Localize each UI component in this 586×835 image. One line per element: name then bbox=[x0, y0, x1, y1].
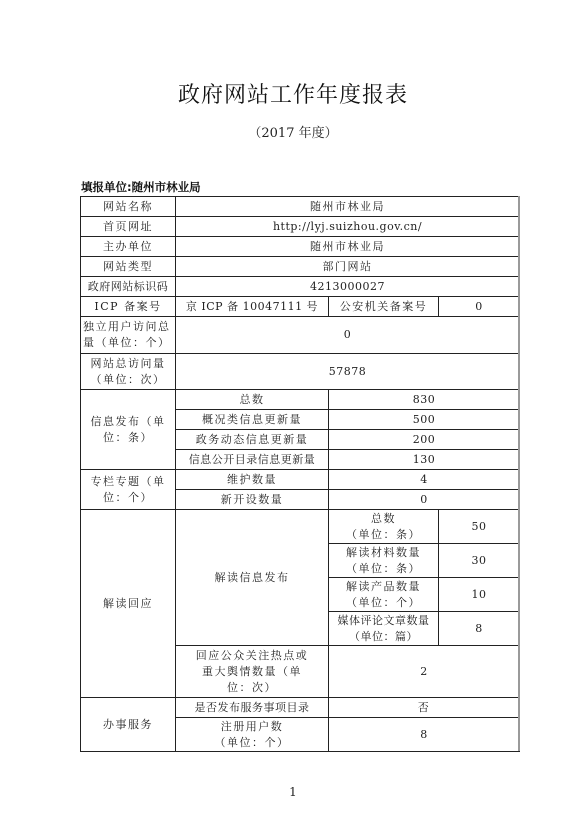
interp-row-unit: （单位：篇） bbox=[349, 630, 418, 643]
columns-label: 专栏专题（单位：个） bbox=[81, 470, 176, 510]
services-label: 办事服务 bbox=[81, 698, 176, 752]
services-row-value: 否 bbox=[329, 698, 520, 718]
homepage-url-label: 首页网址 bbox=[81, 217, 176, 237]
response-label: 回应公众关注热点或重大舆情数量（单位：次） bbox=[176, 646, 329, 698]
columns-row-label: 维护数量 bbox=[176, 470, 329, 490]
table-row: ICP 备案号 京 ICP 备 10047111 号 公安机关备案号 0 bbox=[81, 297, 520, 317]
interp-row-value: 10 bbox=[439, 578, 520, 612]
site-name-value: 随州市林业局 bbox=[176, 197, 520, 217]
services-row-value: 8 bbox=[329, 718, 520, 752]
interp-row-value: 50 bbox=[439, 510, 520, 544]
table-row: 独立用户访问总量（单位：个） 0 bbox=[81, 317, 520, 354]
info-row-value: 500 bbox=[329, 410, 520, 430]
total-visits-value: 57878 bbox=[176, 354, 520, 390]
interp-row-value: 8 bbox=[439, 612, 520, 646]
interp-row-title: 解读产品数量 bbox=[346, 580, 421, 593]
unique-visitors-value: 0 bbox=[176, 317, 520, 354]
interpretation-label: 解读回应 bbox=[81, 510, 176, 698]
table-row: 首页网址 http://lyj.suizhou.gov.cn/ bbox=[81, 217, 520, 237]
homepage-url-value: http://lyj.suizhou.gov.cn/ bbox=[176, 217, 520, 237]
services-row-label: 是否发布服务事项目录 bbox=[176, 698, 329, 718]
info-row-label: 概况类信息更新量 bbox=[176, 410, 329, 430]
services-row-title: 注册用户数 bbox=[221, 720, 284, 733]
table-row: 网站类型 部门网站 bbox=[81, 257, 520, 277]
table-row: 专栏专题（单位：个） 维护数量 4 bbox=[81, 470, 520, 490]
table-row: 网站名称 随州市林业局 bbox=[81, 197, 520, 217]
page-number: 1 bbox=[0, 785, 586, 799]
filing-unit: 填报单位:随州市林业局 bbox=[81, 179, 201, 195]
services-row-unit: （单位：个） bbox=[215, 736, 290, 749]
police-record-value: 0 bbox=[439, 297, 520, 317]
interp-row-label: 解读产品数量（单位：个） bbox=[329, 578, 439, 612]
response-value: 2 bbox=[329, 646, 520, 698]
site-id-value: 4213000027 bbox=[176, 277, 520, 297]
interp-row-unit: （单位：条） bbox=[346, 528, 421, 541]
info-row-label: 政务动态信息更新量 bbox=[176, 430, 329, 450]
info-row-value: 830 bbox=[329, 390, 520, 410]
info-row-value: 130 bbox=[329, 450, 520, 470]
sponsor-value: 随州市林业局 bbox=[176, 237, 520, 257]
interp-row-title: 总数 bbox=[371, 512, 396, 525]
unique-visitors-label: 独立用户访问总量（单位：个） bbox=[81, 317, 176, 354]
services-row-label: 注册用户数（单位：个） bbox=[176, 718, 329, 752]
site-name-label: 网站名称 bbox=[81, 197, 176, 217]
interp-row-title: 媒体评论文章数量 bbox=[338, 614, 430, 627]
total-visits-label: 网站总访问量（单位：次） bbox=[81, 354, 176, 390]
interp-row-unit: （单位：个） bbox=[346, 596, 421, 609]
columns-row-value: 4 bbox=[329, 470, 520, 490]
info-row-label: 总数 bbox=[176, 390, 329, 410]
columns-row-label: 新开设数量 bbox=[176, 490, 329, 510]
page-title: 政府网站工作年度报表 bbox=[0, 78, 586, 109]
table-row: 办事服务 是否发布服务事项目录 否 bbox=[81, 698, 520, 718]
site-type-label: 网站类型 bbox=[81, 257, 176, 277]
icp-label: ICP 备案号 bbox=[81, 297, 176, 317]
table-row: 政府网站标识码 4213000027 bbox=[81, 277, 520, 297]
table-row: 网站总访问量（单位：次） 57878 bbox=[81, 354, 520, 390]
report-table: 网站名称 随州市林业局 首页网址 http://lyj.suizhou.gov.… bbox=[80, 196, 520, 752]
icp-value: 京 ICP 备 10047111 号 bbox=[176, 297, 329, 317]
columns-row-value: 0 bbox=[329, 490, 520, 510]
info-publish-label: 信息发布（单位：条） bbox=[81, 390, 176, 470]
interp-row-label: 总数（单位：条） bbox=[329, 510, 439, 544]
report-year: （2017 年度） bbox=[0, 122, 586, 141]
site-id-label: 政府网站标识码 bbox=[81, 277, 176, 297]
table-row: 主办单位 随州市林业局 bbox=[81, 237, 520, 257]
interp-row-unit: （单位：条） bbox=[346, 562, 421, 575]
sponsor-label: 主办单位 bbox=[81, 237, 176, 257]
interp-row-label: 媒体评论文章数量（单位：篇） bbox=[329, 612, 439, 646]
interp-row-title: 解读材料数量 bbox=[346, 546, 421, 559]
site-type-value: 部门网站 bbox=[176, 257, 520, 277]
interp-row-value: 30 bbox=[439, 544, 520, 578]
info-row-value: 200 bbox=[329, 430, 520, 450]
interpretation-sublabel: 解读信息发布 bbox=[176, 510, 329, 646]
interp-row-label: 解读材料数量（单位：条） bbox=[329, 544, 439, 578]
info-row-label: 信息公开目录信息更新量 bbox=[176, 450, 329, 470]
table-row: 信息发布（单位：条） 总数 830 bbox=[81, 390, 520, 410]
table-edge-shadow bbox=[518, 196, 520, 751]
police-record-label: 公安机关备案号 bbox=[329, 297, 439, 317]
table-row: 解读回应 解读信息发布 总数（单位：条） 50 bbox=[81, 510, 520, 544]
